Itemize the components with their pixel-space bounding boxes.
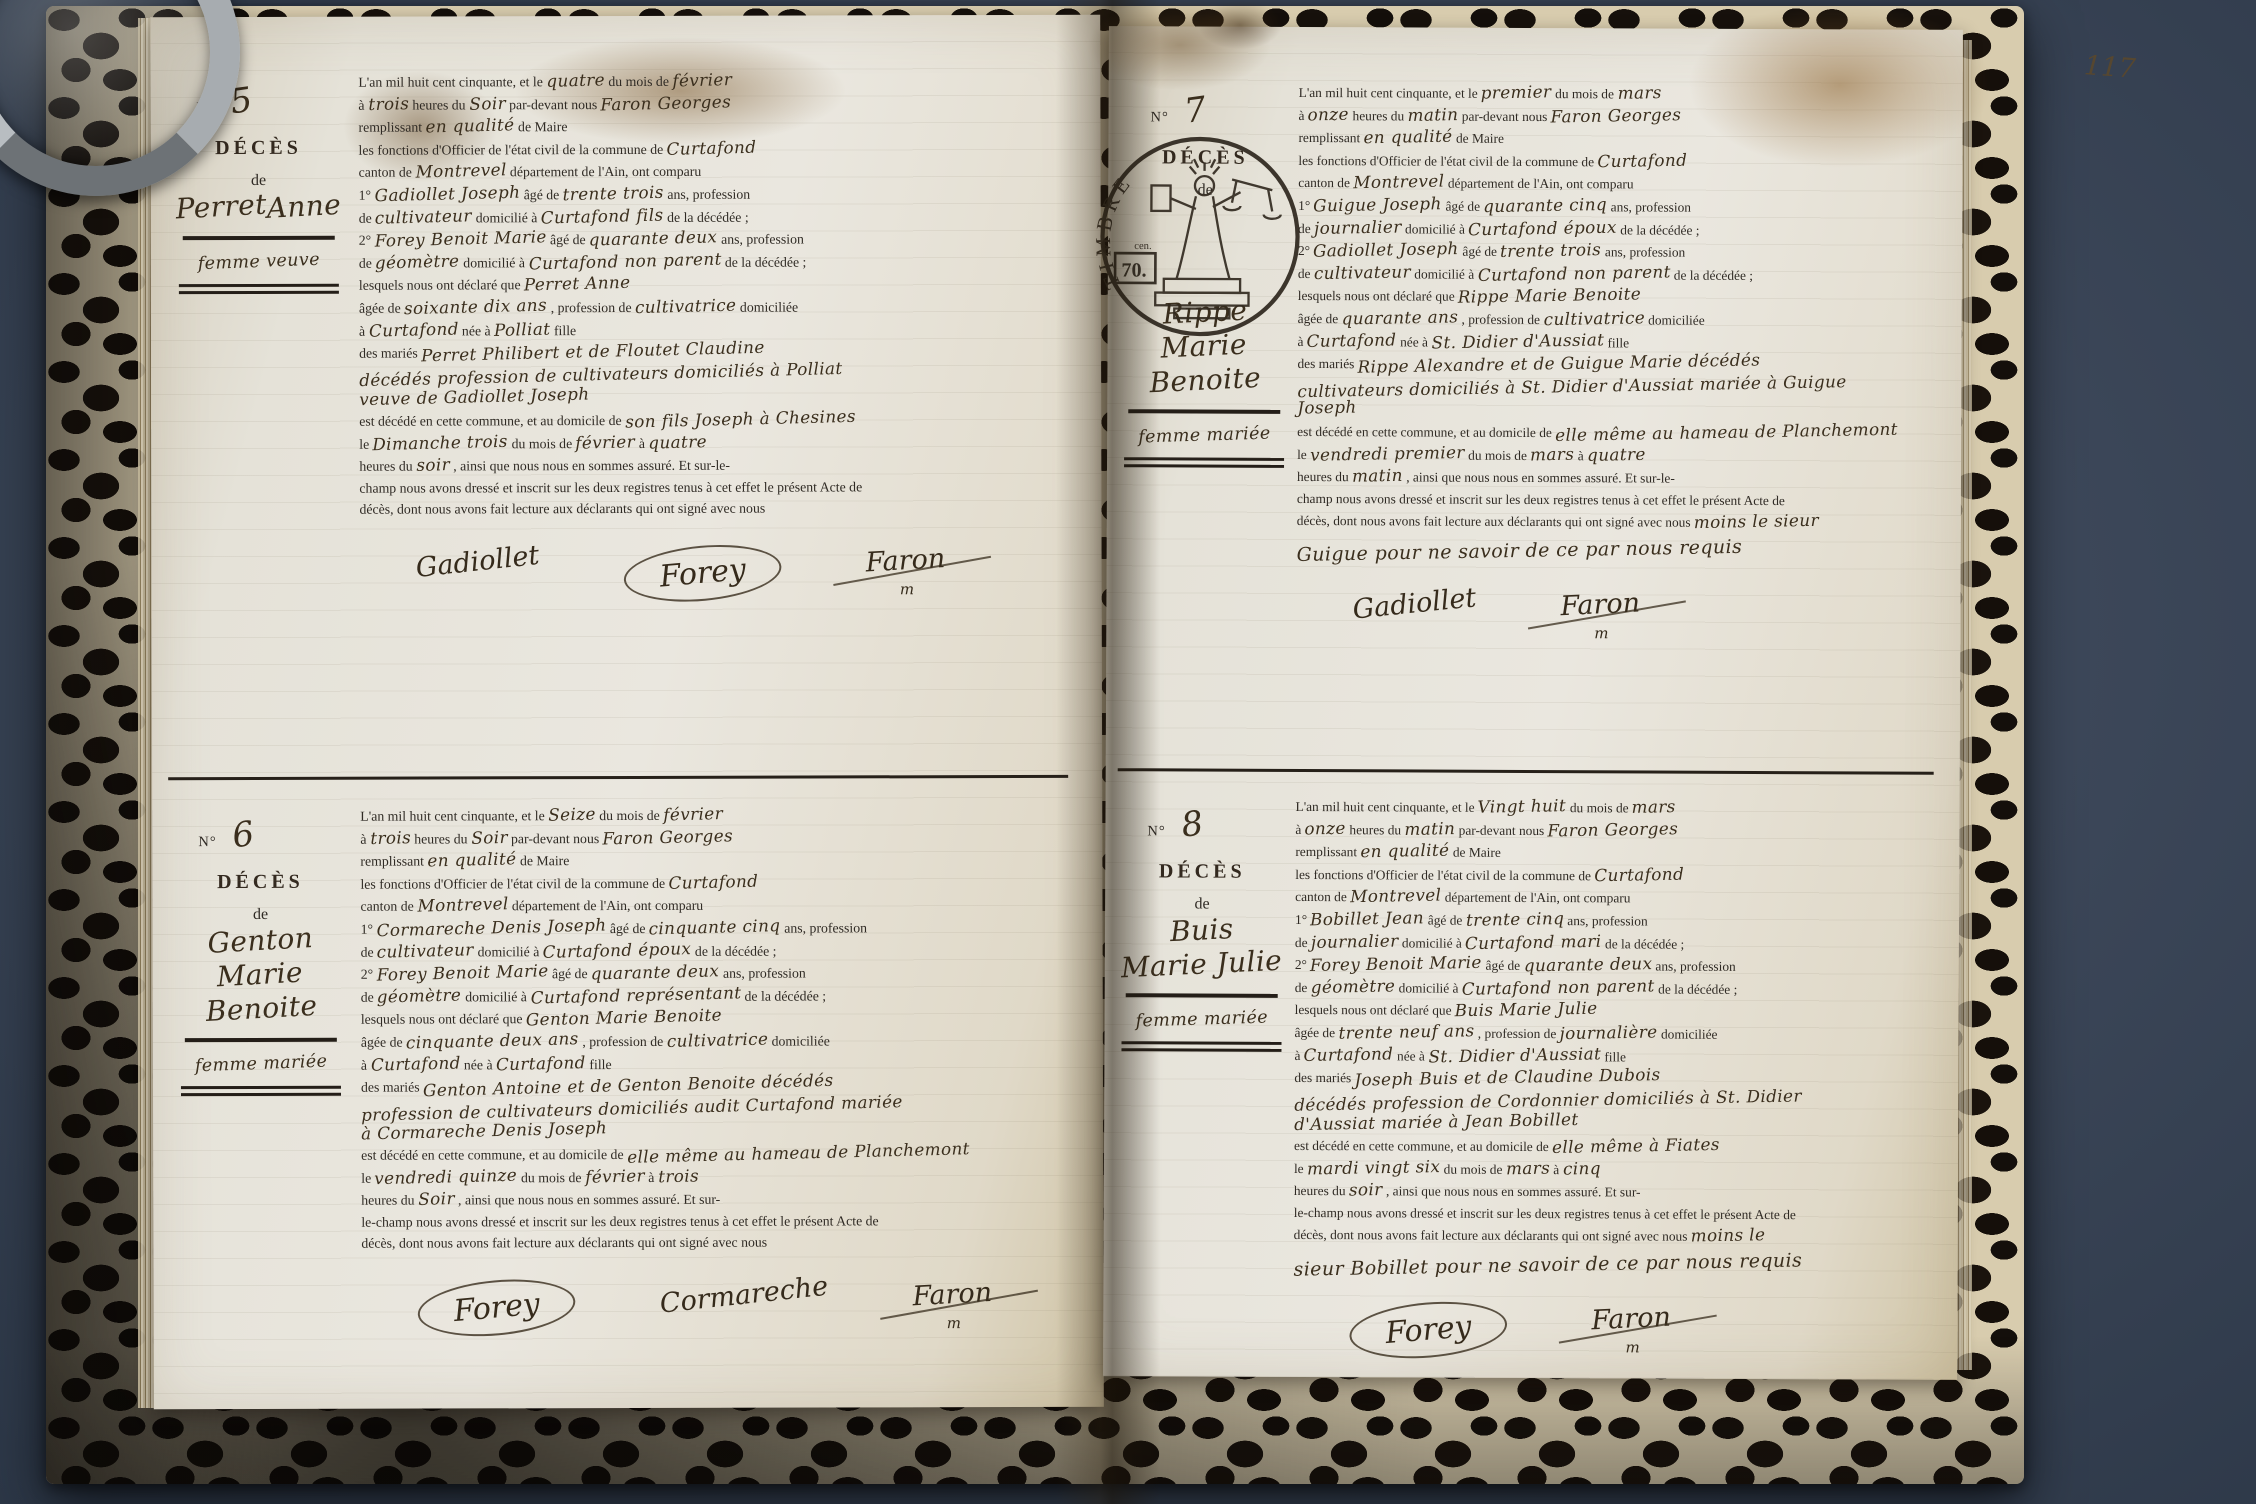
record-line: décédés profession de Cordonnier domicil… [1294,1089,1944,1114]
printed-form-text: ans, profession [784,920,867,935]
printed-form-text: de la décédée ; [695,943,777,958]
handwritten-text: quatre [1587,443,1646,466]
handwritten-text: en qualité [427,848,517,872]
printed-form-text: remplissant [1295,844,1357,859]
printed-form-text: des mariés [359,346,418,361]
handwritten-text: sieur Bobillet pour ne savoir de ce par … [1293,1250,1802,1281]
printed-form-text: âgé de [610,921,646,936]
printed-form-text: est décédé en cette commune, et au domic… [1297,424,1552,440]
record-line: des mariés Joseph Buis et de Claudine Du… [1294,1066,1944,1091]
printed-form-text: ont signé avec nous [1582,1229,1687,1244]
record-line: est décédé en cette commune, et au domic… [1297,420,1947,445]
handwritten-text: Curtafond [1594,863,1684,886]
signature: Gadiollet [1352,589,1476,621]
handwritten-text: trente trois [1500,239,1602,262]
handwritten-text: soir [416,454,450,476]
printed-form-text: heures du [1294,1183,1346,1198]
record-line: de journalier domicilié à Curtafond mari… [1295,931,1945,956]
printed-form-text: du mois de [608,74,669,89]
printed-form-text: âgée de [1295,1025,1336,1040]
margin-rule-double [179,283,339,293]
record-line: de géomètre domicilié à Curtafond représ… [361,984,1085,1008]
handwritten-text: Forey Benoit Marie [376,960,548,986]
signature-gadiollet: Gadiollet [414,540,541,584]
printed-form-text: champ nous avons dressé et inscrit sur l… [359,479,862,495]
handwritten-text: moins le [1691,1224,1766,1247]
printed-form-text: du mois de [1555,86,1614,101]
signature: Faronm [1591,1304,1671,1357]
printed-form-text: décès, dont nous avons fait lecture aux … [1297,513,1582,529]
handwritten-text: Soir [471,826,508,849]
handwritten-text: Faron Georges [602,825,733,850]
handwritten-text: Guigue pour ne savoir de ce par nous req… [1297,537,1743,567]
printed-form-text: domicilié à [1414,266,1474,281]
printed-form-text: ans, profession [667,187,750,202]
record-line: L'an mil huit cent cinquante, et le prem… [1299,81,1949,106]
printed-form-text: de la décédée ; [667,209,749,224]
printed-form-text: née à [464,1057,493,1072]
printed-form-text: 2° [359,233,371,248]
signature-forey: Forey [1347,1297,1509,1365]
printed-form-text: lesquels nous ont déclaré que [1295,1002,1452,1018]
handwritten-text: trente cinq [1466,908,1565,931]
entry-number: 8 [1179,803,1206,846]
printed-form-text: de Maire [518,119,567,134]
printed-form-text: les fonctions d'Officier de l'état civil… [359,142,664,158]
printed-form-text: domiciliée [1661,1026,1718,1041]
printed-form-text: à [1295,822,1301,837]
numero-label: N° [1147,823,1165,839]
record-line: à trois heures du Soir par-devant nous F… [358,91,1082,115]
handwritten-text: trois [368,93,409,116]
record-line: les fonctions d'Officier de l'état civil… [360,871,1084,895]
handwritten-text: soixante dix ans [404,295,548,320]
marital-status-note: femme mariée [194,1051,327,1076]
handwritten-text: Forey Benoit Marie [1310,952,1482,977]
printed-form-text: , profession de [1478,1026,1557,1041]
handwritten-text: matin [1404,818,1455,841]
record-line: décès, dont nous avons fait lecture aux … [361,1231,1085,1254]
printed-form-text: âgé de [550,232,586,247]
record-line: canton de Montrevel département de l'Ain… [1298,171,1948,196]
printed-form-text: ans, profession [1611,199,1691,214]
signature-row: ForeyFaronm [1293,1302,1943,1360]
printed-form-text: les fonctions d'Officier de l'état civil… [1298,153,1594,169]
handwritten-text: mars [1530,443,1575,465]
printed-form-text: des mariés [361,1080,420,1095]
printed-form-text: à [1294,1047,1300,1062]
record-line: à trois heures du Soir par-devant nous F… [360,825,1084,849]
printed-form-text: , ainsi que nous nous en sommes assuré. … [1386,1183,1641,1199]
illiteracy-note: Guigue pour ne savoir de ce par nous req… [1297,540,1947,565]
printed-form-text: heures du [1352,108,1404,123]
record-line: canton de Montrevel département de l'Ain… [360,893,1084,917]
handwritten-text: Montrevel [417,894,509,918]
record-line: champ nous avons dressé et inscrit sur l… [359,475,1083,498]
printed-form-text: décès, dont nous avons fait lecture aux … [359,501,653,517]
signature-initial: m [1591,1339,1671,1357]
printed-form-text: L'an mil huit cent cinquante, et le [1299,85,1478,101]
printed-form-text: de Maire [1453,845,1501,860]
printed-form-text: , profession de [1462,312,1541,327]
entry-body: L'an mil huit cent cinquante, et le prem… [1292,67,1955,644]
deceased-margin-name: Buis [1169,912,1234,949]
printed-form-text: de la décédée ; [725,254,807,269]
handwritten-text: cinquante cinq [649,915,781,940]
printed-form-text: le [359,436,369,451]
handwritten-text: à Cormareche Denis Joseph [361,1118,608,1146]
handwritten-text: géomètre [1311,975,1396,998]
stamp-value-text: 70. [1121,259,1146,281]
record-line: les fonctions d'Officier de l'état civil… [1295,863,1945,888]
printed-form-text: L'an mil huit cent cinquante, et le [358,74,543,89]
printed-form-text: ans, profession [721,232,804,247]
printed-form-text: domiciliée [1648,312,1705,327]
printed-form-text: de la décédée ; [1620,222,1699,237]
handwritten-text: trente trois [562,182,664,206]
printed-form-text: née à [1397,1048,1425,1063]
record-line: les fonctions d'Officier de l'état civil… [1298,149,1948,174]
printed-form-text: née à [462,323,491,338]
entry-number: 7 [1182,89,1209,132]
printed-form-text: de [359,255,372,270]
handwritten-text: premier [1481,81,1552,104]
handwritten-text: onze [1305,817,1347,839]
signature-gadiollet: Gadiollet [1351,583,1477,626]
printed-form-text: de [359,210,372,225]
record-line: le-champ nous avons dressé et inscrit su… [361,1209,1085,1232]
marital-status-note: femme mariée [1138,423,1271,447]
printed-form-text: à [1299,108,1305,123]
handwritten-text: matin [1352,465,1403,488]
signature: Forey [417,1280,575,1335]
printed-form-text: fille [589,1057,611,1072]
printed-form-text: domiciliée [772,1033,830,1048]
printed-form-text: du mois de [1444,1161,1503,1176]
printed-form-text: fille [1607,335,1629,350]
printed-form-text: de la décédée ; [1658,981,1737,996]
signature-forey: Forey [621,539,784,608]
handwritten-text: quarante cinq [1483,194,1607,218]
record-line: lesquels nous ont déclaré que Buis Marie… [1295,998,1945,1023]
printed-form-text: remplissant [1298,130,1360,145]
signature-initial: m [866,580,946,598]
record-line: champ nous avons dressé et inscrit sur l… [1297,488,1947,512]
record-line: lesquels nous ont déclaré que Rippe Mari… [1298,284,1948,309]
record-line: 1° Gadiollet Joseph âgé de trente trois … [359,182,1083,206]
printed-form-text: heures du [414,831,467,846]
printed-form-text: est décédé en cette commune, et au domic… [359,413,621,429]
printed-form-text: heures du [1297,469,1349,484]
signature-initial: m [913,1314,993,1332]
printed-form-text: de [1295,935,1308,950]
printed-form-text: 1° [361,922,373,937]
handwritten-text: cultivatrice [635,295,737,319]
printed-form-text: née à [1400,334,1428,349]
record-line: heures du Soir , ainsi que nous nous en … [361,1187,1085,1211]
handwritten-text: Curtafond [1307,329,1397,352]
handwritten-text: Cormareche Denis Joseph [376,914,606,941]
printed-form-text: domicilié à [1405,221,1465,236]
printed-form-text: âgé de [1445,199,1480,214]
handwritten-text: quarante ans [1341,306,1458,330]
handwritten-text: Genton Marie Benoite [526,1005,723,1032]
signature-cormareche: Cormareche [659,1271,830,1320]
handwritten-text: cultivateur [1314,261,1411,284]
signature-initial: m [1560,625,1640,643]
handwritten-text: Curtafond non parent [1477,261,1670,286]
handwritten-text: mars [1506,1157,1551,1179]
printed-form-text: est décédé en cette commune, et au domic… [1294,1138,1549,1154]
printed-form-text: domicilié à [476,210,538,225]
printed-form-text: ans, profession [1605,244,1685,259]
printed-form-text: de [1295,980,1308,995]
handwritten-text: Curtafond [1597,149,1687,172]
record-line: heures du soir , ainsi que nous nous en … [1294,1179,1944,1204]
printed-form-text: à [1553,1162,1559,1177]
handwritten-text: moins le sieur [1694,510,1819,534]
record-line: veuve de Gadiollet Joseph [359,385,1083,409]
handwritten-text: Seize [548,804,596,827]
record-line: décès, dont nous avons fait lecture aux … [1297,509,1947,534]
record-line: de géomètre domicilié à Curtafond non pa… [1295,976,1945,1001]
handwritten-text: journalier [1311,930,1399,953]
record-line: L'an mil huit cent cinquante, et le Seiz… [360,803,1084,827]
record-line: des mariés Rippe Alexandre et de Guigue … [1297,352,1947,377]
handwritten-text: cultivatrice [666,1028,768,1052]
printed-form-text: fille [554,323,576,338]
printed-form-text: à [358,97,364,112]
handwritten-text: trois [370,827,411,850]
printed-form-text: le-champ nous avons dressé et inscrit su… [1294,1205,1796,1222]
handwritten-text: en qualité [1360,840,1449,863]
printed-form-text: heures du [361,1193,414,1208]
printed-form-text: domicilié à [1402,935,1462,950]
printed-form-text: le [361,1170,371,1185]
margin-rule-double [1121,1041,1281,1052]
handwritten-text: vendredi premier [1310,441,1465,465]
record-line: de cultivateur domicilié à Curtafond fil… [359,204,1083,228]
record-line: canton de Montrevel département de l'Ain… [359,159,1083,183]
printed-form-text: heures du [359,459,412,474]
handwritten-text: Rippe Marie Benoite [1458,284,1642,309]
signature-row: ForeyCormarecheFaronm [361,1279,1085,1336]
signature-faron: Faron [1560,588,1641,623]
handwritten-text: février [663,803,723,826]
handwritten-text: journalière [1559,1021,1657,1044]
printed-form-text: des mariés [1294,1070,1351,1085]
printed-form-text: , ainsi que nous nous en sommes assuré. … [453,458,730,474]
printed-form-text: à [1578,448,1584,463]
printed-form-text: ont signé avec nous [657,501,765,516]
handwritten-text: mars [1617,82,1662,104]
printed-form-text: par-devant nous [1462,108,1548,123]
stamp-unit-text: cen. [1134,241,1151,252]
deces-heading: DÉCÈS [164,871,356,895]
entry-body: L'an mil huit cent cinquante, et le quat… [354,55,1089,602]
handwritten-text: Curtafond fils [541,204,664,229]
handwritten-text: Vingt huit [1478,795,1567,818]
record-line: L'an mil huit cent cinquante, et le Ving… [1295,795,1945,820]
handwritten-text: Curtafond [666,136,756,160]
printed-form-text: canton de [1295,889,1347,904]
handwritten-text: Guigue Joseph [1313,193,1442,217]
record-line: décès, dont nous avons fait lecture aux … [1294,1223,1944,1248]
handwritten-text: quarante deux [1523,953,1652,977]
marital-status-note: femme veuve [197,249,320,274]
printed-form-text: de [361,944,374,959]
printed-form-text: , profession de [551,300,632,315]
printed-form-text: à [361,1057,367,1072]
handwritten-text: Montrevel [415,160,507,184]
printed-form-text: à [639,435,645,450]
deces-heading: DÉCÈS [1113,860,1291,884]
record-line: âgée de cinquante deux ans , profession … [361,1029,1085,1053]
handwritten-text: en qualité [1363,126,1452,149]
printed-form-text: 2° [361,967,373,982]
printed-form-text: heures du [412,97,465,112]
handwritten-text: St. Didier d'Aussiat [1431,329,1604,354]
de-label: de [165,906,357,925]
handwritten-text: quarante deux [591,960,720,985]
handwritten-text: Gadiollet Joseph [374,182,520,207]
photo-of-death-register: N°5DÉCÈSdePerretAnnefemme veuveL'an mil … [0,0,2256,1504]
printed-form-text: du mois de [1570,800,1629,815]
handwritten-text: Joseph Buis et de Claudine Dubois [1354,1064,1661,1091]
record-line: remplissant en qualité de Maire [360,848,1084,872]
timbre-revenue-stamp: TIMBRE cen. 70. [1094,130,1307,343]
illiteracy-note: sieur Bobillet pour ne savoir de ce par … [1293,1254,1943,1279]
printed-form-text: de la décédée ; [1674,267,1753,282]
handwritten-text: Curtafond époux [1468,216,1617,240]
signature: Cormareche [660,1279,829,1310]
handwritten-text: Buis Marie Julie [1455,998,1598,1022]
handwritten-text: vendredi quinze [374,1164,517,1189]
record-line: les fonctions d'Officier de l'état civil… [358,137,1082,161]
printed-form-text: 1° [359,188,371,203]
handwritten-text: Curtafond [370,1052,460,1076]
printed-form-text: âgé de [1462,244,1497,259]
signature: Gadiollet [416,546,540,577]
record-line: est décédé en cette commune, et au domic… [361,1142,1085,1166]
printed-form-text: département de l'Ain, ont comparu [1445,890,1631,906]
death-record-entry: N°8DÉCÈSdeBuisMarie Juliefemme mariéeL'a… [1111,780,1952,1360]
record-line: décédés profession de cultivateurs domic… [359,363,1083,387]
printed-form-text: lesquels nous ont déclaré que [361,1012,523,1027]
page-left: N°5DÉCÈSdePerretAnnefemme veuveL'an mil … [150,15,1104,1409]
printed-form-text: les fonctions d'Officier de l'état civil… [1295,867,1591,883]
printed-form-text: du mois de [599,808,660,823]
printed-form-text: lesquels nous ont déclaré que [359,278,521,293]
deceased-margin-name: Perret [175,188,268,227]
record-line: à onze heures du matin par-devant nous F… [1295,818,1945,843]
printed-form-text: du mois de [512,436,573,451]
record-line: âgée de soixante dix ans , profession de… [359,295,1083,319]
printed-form-text: décès, dont nous avons fait lecture aux … [1294,1227,1579,1243]
printed-form-text: 1° [1295,912,1307,927]
entry-divider-rule [1118,768,1934,775]
deceased-margin-name: Marie Benoite [163,953,358,1031]
margin-rule [183,236,335,240]
page-right: TIMBRE cen. 70. N°7DÉCÈSdeRippeMarie Ben… [1103,26,1963,1380]
handwritten-text: Soir [418,1188,455,1211]
printed-form-text: domicilié à [463,255,525,270]
signature: Faronm [866,545,946,598]
signature-faron: Faron [865,543,946,578]
handwritten-text: février [575,431,635,454]
handwritten-text: mars [1632,796,1677,818]
margin-rule-double [181,1085,341,1095]
signature-forey: Forey [415,1273,578,1342]
record-line: 1° Cormareche Denis Joseph âgé de cinqua… [361,916,1085,940]
handwritten-text: Curtafond [368,318,458,342]
printed-form-text: de la décédée ; [1605,936,1684,951]
printed-form-text: canton de [360,899,413,914]
death-record-entry: N°6DÉCÈSdeGentonMarie Benoitefemme marié… [164,789,1091,1336]
printed-form-text: L'an mil huit cent cinquante, et le [360,808,545,823]
printed-form-text: 2° [1295,957,1307,972]
printed-form-text: âgé de [1428,913,1463,928]
printed-form-text: par-devant nous [1459,822,1545,837]
handwritten-text: elle même au hameau de Planchemont [1555,419,1898,447]
record-line: de géomètre domicilié à Curtafond non pa… [359,250,1083,274]
printed-form-text: domicilié à [465,989,527,1004]
printed-form-text: décès, dont nous avons fait lecture aux … [361,1235,655,1251]
handwritten-text: son fils Joseph à Chesines [625,406,856,433]
printed-form-text: âgée de [359,301,401,316]
marital-status-note: femme mariée [1135,1007,1268,1031]
handwritten-text: géomètre [375,250,460,274]
handwritten-text: trente neuf ans [1338,1020,1474,1044]
handwritten-text: Forey Benoit Marie [374,226,546,252]
handwritten-text: Gadiollet Joseph [1313,238,1459,262]
handwritten-text: cinq [1562,1157,1600,1179]
handwritten-text: Curtafond non parent [1462,975,1655,1000]
handwritten-text: cultivatrice [1543,307,1645,330]
handwritten-text: Curtafond non parent [528,248,721,274]
signature: Forey [1349,1303,1508,1359]
record-line: à Cormareche Denis Joseph [361,1119,1085,1143]
printed-form-text: remplissant [360,854,424,869]
margin-rule [185,1038,337,1042]
printed-form-text: , profession de [582,1034,663,1049]
de-label: de [1113,895,1291,914]
record-line: heures du matin , ainsi que nous nous en… [1297,465,1947,490]
handwritten-text: journalier [1314,216,1402,239]
handwritten-text: Curtafond [1304,1043,1394,1066]
record-line: le vendredi quinze du mois de février à … [361,1164,1085,1188]
handwritten-text: elle même à Fiates [1552,1134,1720,1159]
signature-faron: Faron [1591,1302,1672,1337]
death-record-entry: N°5DÉCÈSdePerretAnnefemme veuveL'an mil … [162,55,1089,602]
printed-form-text: canton de [359,165,412,180]
printed-form-text: remplissant [358,120,422,135]
handwritten-text: Montrevel [1350,885,1442,908]
handwritten-text: Curtafond [496,1052,586,1076]
printed-form-text: domiciliée [740,299,798,314]
folio-number: 117 [2083,50,2137,85]
printed-form-text: heures du [1349,822,1401,837]
handwritten-text: cultivateur [377,939,475,963]
signature: Forey [624,545,782,600]
handwritten-text: Curtafond époux [543,938,692,963]
entry-margin: N°6DÉCÈSdeGentonMarie Benoitefemme marié… [164,791,357,1336]
printed-form-text: est décédé en cette commune, et au domic… [361,1147,623,1163]
printed-form-text: du mois de [1468,447,1527,462]
printed-form-text: fille [1604,1049,1626,1064]
record-line: de cultivateur domicilié à Curtafond épo… [361,938,1085,962]
printed-form-text: ans, profession [1655,959,1735,974]
